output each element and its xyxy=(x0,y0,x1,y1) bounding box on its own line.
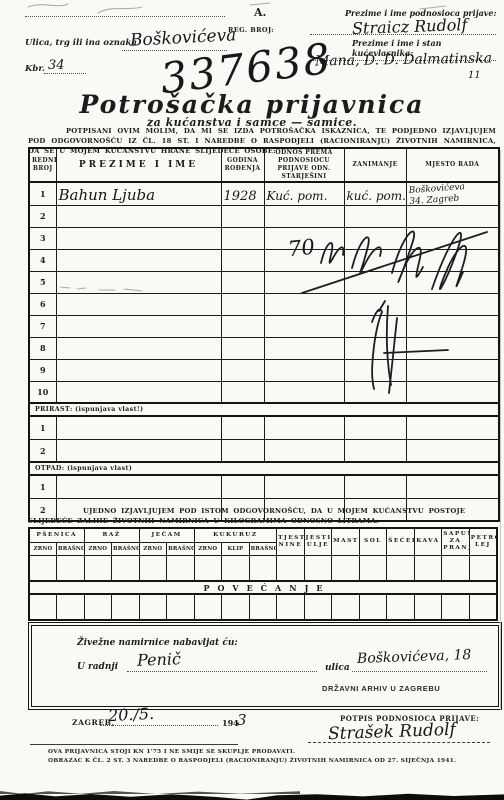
cell-num: 1 xyxy=(29,416,56,439)
cell xyxy=(406,315,499,337)
col-redni-broj: REDNI BROJ xyxy=(29,148,56,182)
top-blank-line xyxy=(25,16,225,17)
cell xyxy=(139,555,167,581)
cell xyxy=(304,555,332,581)
cell xyxy=(264,271,344,293)
scanned-form-page: A. REG. BROJ: Prezime i ime podnosioca p… xyxy=(0,0,504,800)
table-row: 5 xyxy=(29,271,499,293)
cell xyxy=(221,249,264,271)
cell xyxy=(359,594,387,620)
povecanje-label: POVEĆANJE xyxy=(29,581,497,594)
landlord-handwritten-number: 11 xyxy=(468,70,481,81)
cell xyxy=(264,205,344,227)
cell xyxy=(344,416,406,439)
cell xyxy=(406,205,499,227)
cell xyxy=(56,227,221,249)
cell-num: 9 xyxy=(29,359,56,381)
col-kukuruz: KUKURUZ xyxy=(194,528,277,542)
footer-note-obrazac: OBRAZAC K ČL. 2 ST. 3 NAREDBE O RASPODJE… xyxy=(48,758,456,764)
signature-line xyxy=(308,742,490,743)
cell xyxy=(387,555,415,581)
supplies-declaration: UJEDNO IZJAVLJUJEM POD ISTOM ODGOVORNOŠĆ… xyxy=(28,506,496,526)
cell xyxy=(387,594,415,620)
cell xyxy=(249,594,277,620)
col-psenica: PŠENICA xyxy=(29,528,84,542)
cell xyxy=(344,439,406,462)
cell-num: 10 xyxy=(29,381,56,403)
sub-brasno: BRAŠNO xyxy=(57,542,85,555)
col-godina: GODINA ROĐENJA xyxy=(221,148,264,182)
supplies-empty-row xyxy=(29,594,497,620)
applicant-line xyxy=(310,34,496,35)
cell xyxy=(406,337,499,359)
shop-line xyxy=(127,671,317,672)
cell xyxy=(406,359,499,381)
year-handwritten: 3 xyxy=(237,711,247,729)
sub-zrno: ZRNO xyxy=(139,542,167,555)
table-row: 10 xyxy=(29,381,499,403)
povecanje-band: POVEĆANJE xyxy=(29,581,497,594)
supplies-empty-row xyxy=(29,555,497,581)
cell xyxy=(406,439,499,462)
sub-klip: KLIP xyxy=(222,542,250,555)
cell xyxy=(344,359,406,381)
cell xyxy=(194,555,222,581)
cell xyxy=(57,555,85,581)
cell xyxy=(167,555,195,581)
cell xyxy=(406,227,499,249)
table-row: 7 xyxy=(29,315,499,337)
cell xyxy=(264,475,344,498)
ulica-handwritten-value: Boškovićeva, 18 xyxy=(357,647,472,667)
cell xyxy=(264,293,344,315)
cell-num: 1 xyxy=(29,475,56,498)
prirast-row: 2 xyxy=(29,439,499,462)
cell xyxy=(194,594,222,620)
cell xyxy=(221,227,264,249)
cell xyxy=(414,594,442,620)
cell xyxy=(249,555,277,581)
cell xyxy=(344,205,406,227)
cell-num: 1 xyxy=(29,182,56,205)
col-secer: ŠEĆER xyxy=(387,528,415,555)
sub-zrno: ZRNO xyxy=(29,542,57,555)
cell xyxy=(332,555,360,581)
cell xyxy=(344,227,406,249)
purchase-box: Živežne namirnice nabavljat ću: U radnji… xyxy=(28,622,502,710)
cell xyxy=(332,594,360,620)
cell xyxy=(264,416,344,439)
street-label: Ulica, trg ili ina oznaka xyxy=(25,38,137,48)
cell xyxy=(221,315,264,337)
prirast-band: PRIRAST: (ispunjava vlast!) xyxy=(29,403,499,416)
cell xyxy=(221,381,264,403)
sub-zrno: ZRNO xyxy=(194,542,222,555)
scrawl-number: 70 xyxy=(287,235,316,262)
cell xyxy=(264,439,344,462)
cell xyxy=(57,594,85,620)
cell xyxy=(406,381,499,403)
cell xyxy=(112,555,140,581)
cell xyxy=(406,416,499,439)
kbr-label: Kbr. xyxy=(25,64,45,74)
cell xyxy=(359,555,387,581)
kbr-handwritten-value: 34 xyxy=(48,58,65,73)
archive-stamp: DRŽAVNI ARHIV U ZAGREBU xyxy=(322,684,440,693)
sub-brasno: BRAŠNO xyxy=(167,542,195,555)
table-row: 2 xyxy=(29,205,499,227)
prirast-label: PRIRAST: (ispunjava vlast!) xyxy=(29,403,499,416)
col-mast: MAST xyxy=(332,528,360,555)
cell-name: Bahun Ljuba xyxy=(56,182,221,205)
cell xyxy=(277,555,305,581)
cell-num: 7 xyxy=(29,315,56,337)
footer-rule xyxy=(30,744,238,745)
scan-artifact-strip-upper xyxy=(0,791,300,794)
table-row: 3 xyxy=(29,227,499,249)
shop-label: U radnji xyxy=(77,662,118,672)
prirast-row: 1 xyxy=(29,416,499,439)
cell xyxy=(139,594,167,620)
col-mjesto-rada: MJESTO RADA xyxy=(406,148,499,182)
cell xyxy=(167,594,195,620)
cell xyxy=(56,205,221,227)
otpad-row: 1 xyxy=(29,475,499,498)
col-odnos: ODNOS PREMA PODNOSIOCU PRIJAVE ODN. STAR… xyxy=(264,148,344,182)
cell xyxy=(56,475,221,498)
ulica-line xyxy=(352,671,487,672)
cell xyxy=(112,594,140,620)
cell-occupation: kuć. pom. xyxy=(344,182,406,205)
cell xyxy=(29,594,57,620)
col-zanimanje: ZANIMANJE xyxy=(344,148,406,182)
cell xyxy=(406,293,499,315)
col-raz: RAŽ xyxy=(84,528,139,542)
date-handwritten: 20./5. xyxy=(108,704,155,725)
col-sol: SOL xyxy=(359,528,387,555)
col-tjestenine: TJESTE- NINE xyxy=(277,528,305,555)
cell-num: 5 xyxy=(29,271,56,293)
table-row: 1 Bahun Ljuba 1928 Kuć. pom. kuć. pom. B… xyxy=(29,182,499,205)
purchase-intro: Živežne namirnice nabavljat ću: xyxy=(77,638,238,648)
cell xyxy=(344,475,406,498)
cell-num: 2 xyxy=(29,439,56,462)
cell xyxy=(221,293,264,315)
col-petrolej: PETRO- LEJ xyxy=(469,528,497,555)
table-row: 9 xyxy=(29,359,499,381)
col-sapun: SAPUN ZA PRANJE xyxy=(442,528,470,555)
col-jecam: JEČAM xyxy=(139,528,194,542)
sub-brasno: BRAŠNO xyxy=(249,542,277,555)
cell xyxy=(344,271,406,293)
household-header-row: REDNI BROJ PREZIME I IME GODINA ROĐENJA … xyxy=(29,148,499,182)
cell xyxy=(222,555,250,581)
table-row: 4 xyxy=(29,249,499,271)
cell xyxy=(469,594,497,620)
cell xyxy=(344,315,406,337)
cell xyxy=(29,555,57,581)
col-kava: KAVA xyxy=(414,528,442,555)
cell xyxy=(406,475,499,498)
cell xyxy=(264,381,344,403)
cell xyxy=(406,249,499,271)
date-line xyxy=(100,725,218,726)
cell xyxy=(344,381,406,403)
cell xyxy=(221,416,264,439)
cell xyxy=(56,293,221,315)
cell xyxy=(442,555,470,581)
scan-edge-line xyxy=(500,150,501,710)
cell xyxy=(406,271,499,293)
cell xyxy=(221,475,264,498)
cell xyxy=(56,315,221,337)
cell xyxy=(469,555,497,581)
cell xyxy=(304,594,332,620)
household-table: REDNI BROJ PREZIME I IME GODINA ROĐENJA … xyxy=(28,147,500,522)
cell xyxy=(84,555,112,581)
cell xyxy=(442,594,470,620)
cell-workplace: Boškovićeva 34. Zagreb xyxy=(406,182,499,205)
cell xyxy=(56,271,221,293)
cell xyxy=(56,359,221,381)
cell-num: 2 xyxy=(29,205,56,227)
supplies-group-header: PŠENICA RAŽ JEČAM KUKURUZ TJESTE- NINE J… xyxy=(29,528,497,542)
cell xyxy=(264,315,344,337)
scan-artifact-strip xyxy=(0,792,504,800)
cell-num: 6 xyxy=(29,293,56,315)
cell xyxy=(84,594,112,620)
cell xyxy=(56,439,221,462)
cell xyxy=(264,359,344,381)
col-jestivo-ulje: JESTIVO ULJE xyxy=(304,528,332,555)
table-row: 8 xyxy=(29,337,499,359)
cell xyxy=(56,249,221,271)
supplies-table: PŠENICA RAŽ JEČAM KUKURUZ TJESTE- NINE J… xyxy=(28,527,498,621)
cell-year: 1928 xyxy=(221,182,264,205)
cell-relation: Kuć. pom. xyxy=(264,182,344,205)
cell-num: 4 xyxy=(29,249,56,271)
col-prezime-ime: PREZIME I IME xyxy=(56,148,221,182)
cell xyxy=(56,416,221,439)
cell xyxy=(221,359,264,381)
footer-note-price: OVA PRIJAVNICA STOJI KN 1'75 I NE SMIJE … xyxy=(48,749,295,755)
cell xyxy=(264,337,344,359)
kbr-line xyxy=(44,73,86,74)
sub-zrno: ZRNO xyxy=(84,542,112,555)
cell xyxy=(221,439,264,462)
cell xyxy=(221,337,264,359)
signature-handwritten: Strašek Rudolf xyxy=(328,720,456,744)
form-title: Potrošačka prijavnica xyxy=(0,90,504,119)
otpad-band: OTPAD: (ispunjava vlast) xyxy=(29,462,499,475)
table-row: 6 xyxy=(29,293,499,315)
cell-num: 8 xyxy=(29,337,56,359)
sub-brasno: BRAŠNO xyxy=(112,542,140,555)
shop-handwritten-value: Penič xyxy=(137,649,182,670)
cell xyxy=(414,555,442,581)
cell xyxy=(221,271,264,293)
cell xyxy=(344,249,406,271)
cell xyxy=(344,337,406,359)
cell xyxy=(222,594,250,620)
ulica-label: ulica xyxy=(325,663,350,673)
landlord-handwritten-value: Mana, D. D. Dalmatinska xyxy=(315,50,492,69)
cell xyxy=(344,293,406,315)
cell xyxy=(56,337,221,359)
cell-num: 3 xyxy=(29,227,56,249)
section-a-label: A. xyxy=(254,6,266,19)
otpad-label: OTPAD: (ispunjava vlast) xyxy=(29,462,499,475)
cell xyxy=(277,594,305,620)
cell xyxy=(221,205,264,227)
cell xyxy=(56,381,221,403)
